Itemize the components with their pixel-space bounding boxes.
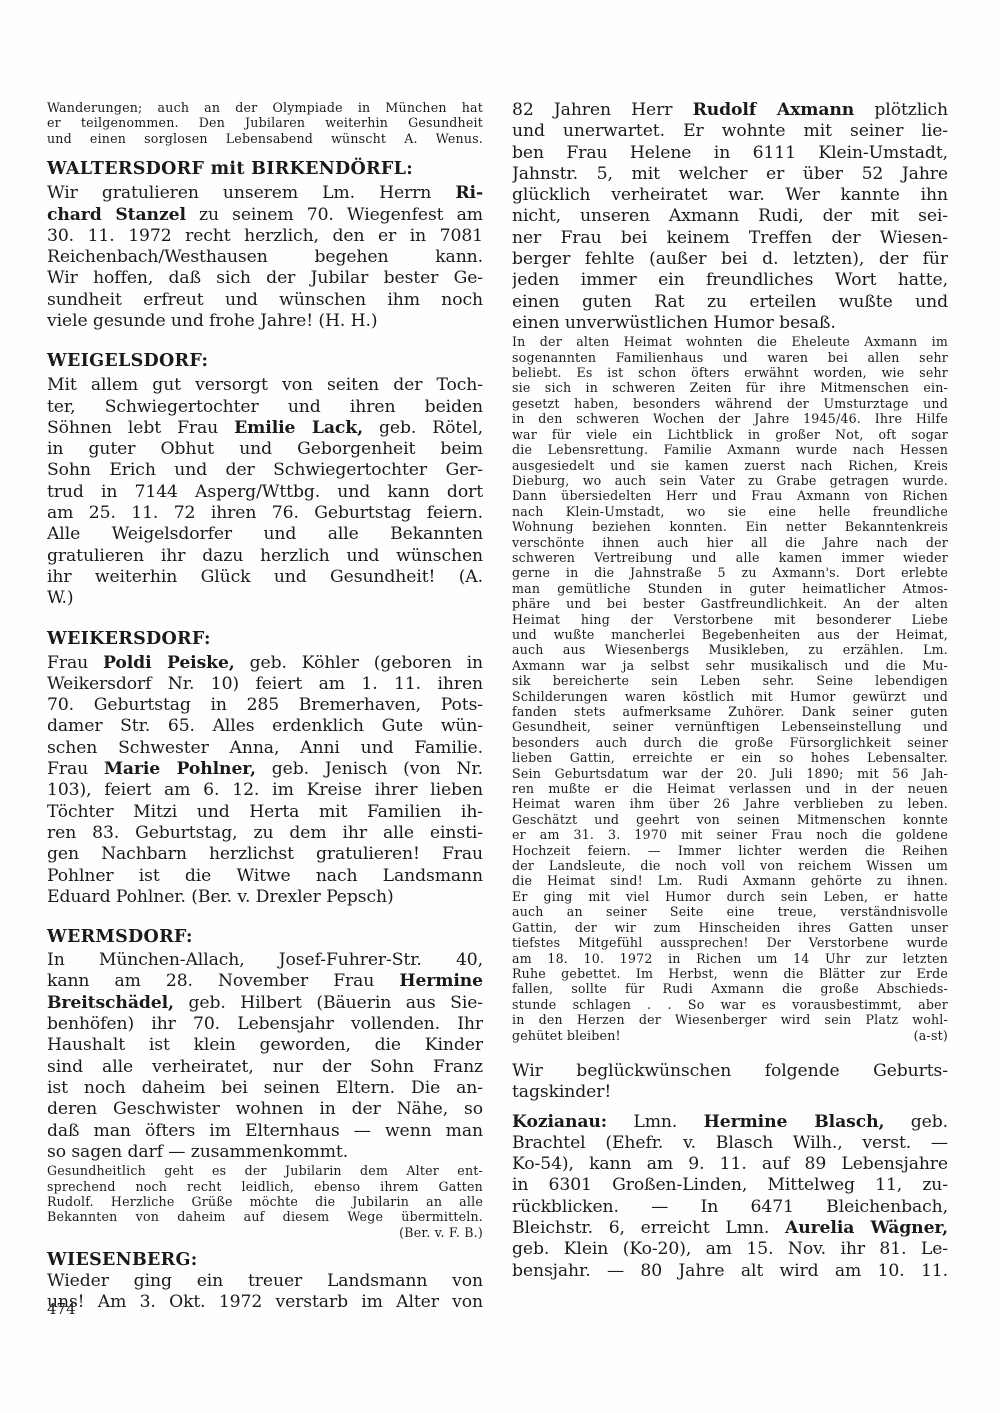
text-line: nach Klein-Umstadt, wo sie eine helle fr… [512, 504, 948, 519]
section-weigelsdorf: WEIGELSDORF: Mit allem gut versorgt von … [47, 350, 483, 609]
text-line: kann am 28. November Frau Hermine [47, 971, 483, 992]
text-line: lieben Gattin, erreichte er ein so hohes… [512, 750, 948, 765]
text-line: sind alle verheiratet, nur der Sohn Fran… [47, 1057, 483, 1078]
text-line: ter, Schwiegertochter und ihren beiden [47, 397, 483, 418]
text-line: einen guten Rat zu erteilen wußte und [512, 292, 948, 313]
text-line: und einen sorglosen Lebensabend wünscht … [47, 131, 483, 146]
text-line: Axmann war ja selbst sehr musikalisch un… [512, 658, 948, 673]
text-line: besonders auch durch die große Fürsorgli… [512, 735, 948, 750]
text-line: Geschätzt und geehrt von seinen Mitmensc… [512, 812, 948, 827]
text-line: ren 83. Geburtstag, zu dem ihr alle eins… [47, 823, 483, 844]
text-line: Mit allem gut versorgt von seiten der To… [47, 375, 483, 396]
text-line: Jahnstr. 5, mit welcher er über 52 Jahre [512, 164, 948, 185]
text-line: Pohlner ist die Witwe nach Landsmann [47, 866, 483, 887]
text-line: auch an seiner Seite eine treue, verstän… [512, 904, 948, 919]
text-line: am 25. 11. 72 ihren 76. Geburtstag feier… [47, 503, 483, 524]
section-wiesenberg: WIESENBERG: Wieder ging ein treuer Lands… [47, 1249, 483, 1314]
text-line: Haushalt ist klein geworden, die Kinder [47, 1035, 483, 1056]
text-line: Bleichstr. 6, erreicht Lmn. Aurelia Wägn… [512, 1218, 948, 1239]
text-line: fallen, sollte für Rudi Axmann die große… [512, 981, 948, 996]
text-line: 70. Geburtstag in 285 Bremerhaven, Pots- [47, 695, 483, 716]
text-line: Bekannten von daheim auf diesem Wege übe… [47, 1209, 483, 1224]
text-line: glücklich verheiratet war. Wer kannte ih… [512, 185, 948, 206]
text-line: nicht, unseren Axmann Rudi, der mit sei- [512, 206, 948, 227]
section-waltersdorf: WALTERSDORF mit BIRKENDÖRFL: Wir gratuli… [47, 158, 483, 332]
text-line: schweren Vertreibung und alle kamen imme… [512, 550, 948, 565]
text-line: Brachtel (Ehefr. v. Blasch Wilh., verst.… [512, 1133, 948, 1154]
report-signature: (Ber. v. F. B.) [47, 1225, 483, 1240]
text-line: einen unverwüstlichen Humor besaß. [512, 313, 948, 334]
text-line: sie sich in schweren Zeiten für ihre Mit… [512, 380, 948, 395]
text-line: Wohnung beziehen konnten. Ein netter Bek… [512, 519, 948, 534]
text-line: sundheit erfreut und wünschen ihm noch [47, 290, 483, 311]
text-line: Schilderungen waren köstlich mit Humor g… [512, 689, 948, 704]
text-line: stunde schlagen . . So war es vorausbest… [512, 997, 948, 1012]
text-line: viele gesunde und frohe Jahre! (H. H.) [47, 311, 483, 332]
text-line: phäre und bei bester Gastfreundlichkeit.… [512, 596, 948, 611]
text-line: Weikersdorf Nr. 10) feiert am 1. 11. ihr… [47, 674, 483, 695]
person-name: Breitschädel, [47, 993, 174, 1013]
section-kozianau: Kozianau: Lmn. Hermine Blasch, geb. Brac… [512, 1112, 948, 1282]
text-line: ren mußte er die Heimat verlassen und in… [512, 781, 948, 796]
text-line: Dieburg, wo auch sein Vater zu Grabe get… [512, 473, 948, 488]
text-line: W.) [47, 588, 483, 609]
text-line: 103), feiert am 6. 12. im Kreise ihrer l… [47, 780, 483, 801]
section-weikersdorf: WEIKERSDORF: Frau Poldi Peiske, geb. Köh… [47, 628, 483, 909]
text-line: jeden immer ein freundliches Wort hatte, [512, 270, 948, 291]
text-line: ist noch daheim bei seinen Eltern. Die a… [47, 1078, 483, 1099]
text-line: daß man öfters im Elternhaus — wenn man [47, 1121, 483, 1142]
person-name: Hermine Blasch, [704, 1112, 885, 1132]
text-line: gesetzt haben, besonders während der Ums… [512, 396, 948, 411]
text-line: Sohn Erich und der Schwiegertochter Ger- [47, 460, 483, 481]
text-line: ben Frau Helene in 6111 Klein-Umstadt, [512, 143, 948, 164]
text-line: gehütet bleiben! (a-st) [512, 1028, 948, 1043]
text-line: Kozianau: Lmn. Hermine Blasch, geb. [512, 1112, 948, 1133]
text-line: Eduard Pohlner. (Ber. v. Drexler Pepsch) [47, 887, 483, 908]
birthday-congrats-intro: Wir beglückwünschen folgende Geburts- ta… [512, 1061, 948, 1104]
author-signature: (a-st) [914, 1028, 948, 1043]
text-line: Hochzeit feiern. — Immer lichter werden … [512, 843, 948, 858]
section-heading: WEIGELSDORF: [47, 350, 483, 372]
text-line: Gesundheit, seiner vernünftigen Lebensei… [512, 719, 948, 734]
section-heading: WALTERSDORF mit BIRKENDÖRFL: [47, 158, 483, 180]
text-line: Dann übersiedelten Herr und Frau Axmann … [512, 488, 948, 503]
text-line: in guter Obhut und Geborgenheit beim [47, 439, 483, 460]
person-name: chard Stanzel [47, 205, 186, 225]
text-line: Alle Weigelsdorfer und alle Bekannten [47, 524, 483, 545]
text-line: Ruhe gebettet. Im Herbst, wenn die Blätt… [512, 966, 948, 981]
text-line: Gattin, der wir zum Hinscheiden ihres Ga… [512, 920, 948, 935]
left-column: Wanderungen; auch an der Olympiade in Mü… [47, 100, 483, 1314]
obituary-small-print: In der alten Heimat wohnten die Eheleute… [512, 334, 948, 1043]
person-name: Hermine [399, 971, 483, 991]
text-line: Reichenbach/Westhausen begehen kann. [47, 247, 483, 268]
text-line: ausgesiedelt und sie kamen zuerst nach R… [512, 458, 948, 473]
text-line: ner Frau bei keinem Treffen der Wiesen- [512, 228, 948, 249]
text-line: sprechend noch recht leidlich, ebenso ih… [47, 1179, 483, 1194]
text-line: Frau Poldi Peiske, geb. Köhler (geboren … [47, 653, 483, 674]
text-line: Heimat hing der Verstorbene mit besonder… [512, 612, 948, 627]
text-line: Wir hoffen, daß sich der Jubilar bester … [47, 268, 483, 289]
text-line: war für viele ein Lichtblick in großer N… [512, 427, 948, 442]
text-line: tiefstes Mitgefühl aussprechen! Der Vers… [512, 935, 948, 950]
text-line: Frau Marie Pohlner, geb. Jenisch (von Nr… [47, 759, 483, 780]
text-line: Breitschädel, geb. Hilbert (Bäuerin aus … [47, 993, 483, 1014]
text-line: er teilgenommen. Den Jubilaren weiterhin… [47, 115, 483, 130]
text-line: verschönte ihnen auch hier all die Jahre… [512, 535, 948, 550]
text-line: schen Schwester Anna, Anni und Familie. [47, 738, 483, 759]
section-heading: WEIKERSDORF: [47, 628, 483, 650]
text-line: und unerwartet. Er wohnte mit seiner lie… [512, 121, 948, 142]
text-line: Heimat waren ihm über 26 Jahre verbliebe… [512, 796, 948, 811]
text-line: chard Stanzel zu seinem 70. Wiegenfest a… [47, 205, 483, 226]
text-line: Rudolf. Herzliche Grüße möchte die Jubil… [47, 1194, 483, 1209]
text-line: Sein Geburtsdatum war der 20. Juli 1890;… [512, 766, 948, 781]
right-column: 82 Jahren Herr Rudolf Axmann plötzlich u… [512, 100, 948, 1282]
text-line: damer Str. 65. Alles erdenklich Gute wün… [47, 716, 483, 737]
text-line: Wir gratulieren unserem Lm. Herrn Ri- [47, 183, 483, 204]
obituary-continuation: 82 Jahren Herr Rudolf Axmann plötzlich u… [512, 100, 948, 334]
person-name: Marie Pohlner, [104, 759, 256, 779]
text-line: sogenannten Familienhaus und waren bei a… [512, 350, 948, 365]
text-line: in den Herzen der Wiesenberger wird sein… [512, 1012, 948, 1027]
person-name: Emilie Lack, [234, 418, 363, 438]
text-line: er am 31. 3. 1970 mit seiner Frau noch d… [512, 827, 948, 842]
text-line: Wieder ging ein treuer Landsmann von [47, 1271, 483, 1292]
text-line: Gesundheitlich geht es der Jubilarin dem… [47, 1163, 483, 1178]
magazine-page: Wanderungen; auch an der Olympiade in Mü… [0, 0, 1000, 1413]
text-line: Er ging mit viel Humor durch sein Leben,… [512, 889, 948, 904]
text-line: man gemütliche Stunden in guter heimatli… [512, 581, 948, 596]
text-line: Söhnen lebt Frau Emilie Lack, geb. Rötel… [47, 418, 483, 439]
text-line: rückblicken. — In 6471 Bleichenbach, [512, 1197, 948, 1218]
text-line: Töchter Mitzi und Herta mit Familien ih- [47, 802, 483, 823]
text-line: in 6301 Großen-Linden, Mittelweg 11, zu- [512, 1175, 948, 1196]
text-line: die Lebensrettung. Familie Axmann wurde … [512, 442, 948, 457]
intro-paragraph: Wanderungen; auch an der Olympiade in Mü… [47, 100, 483, 146]
person-name: Poldi Peiske, [103, 653, 235, 673]
text-line: der Landsleute, die noch voll von reiche… [512, 858, 948, 873]
text-line: 30. 11. 1972 recht herzlich, den er in 7… [47, 226, 483, 247]
text-line: Wanderungen; auch an der Olympiade in Mü… [47, 100, 483, 115]
text-line: gratulieren ihr dazu herzlich und wünsch… [47, 546, 483, 567]
page-number: 474 [47, 1300, 76, 1318]
person-name: Rudolf Axmann [693, 100, 855, 120]
section-wermsdorf: WERMSDORF: In München-Allach, Josef-Fuhr… [47, 926, 483, 1240]
text-line: In der alten Heimat wohnten die Eheleute… [512, 334, 948, 349]
text-line: 82 Jahren Herr Rudolf Axmann plötzlich [512, 100, 948, 121]
text-line: am 18. 10. 1972 in Richen um 14 Uhr zur … [512, 951, 948, 966]
text-line: uns! Am 3. Okt. 1972 verstarb im Alter v… [47, 1292, 483, 1313]
text-line: in den schweren Wochen der Jahre 1945/46… [512, 411, 948, 426]
person-name: Aurelia Wägner, [785, 1218, 948, 1238]
text-line: benhöfen) ihr 70. Lebensjahr vollenden. … [47, 1014, 483, 1035]
text-line: In München-Allach, Josef-Fuhrer-Str. 40, [47, 950, 483, 971]
text-line: trud in 7144 Asperg/Wttbg. und kann dort [47, 482, 483, 503]
section-heading: WIESENBERG: [47, 1249, 483, 1271]
person-name: Ri- [455, 183, 483, 203]
text-line: fanden stets aufmerksame Zuhörer. Dank s… [512, 704, 948, 719]
text-line: gerne in die Jahnstraße 5 zu Axmann's. D… [512, 565, 948, 580]
text-line: Ko-54), kann am 9. 11. auf 89 Lebensjahr… [512, 1154, 948, 1175]
text-line: tagskinder! [512, 1082, 948, 1103]
text-line: deren Geschwister wohnen in der Nähe, so [47, 1099, 483, 1120]
text-line: sik bereicherte sein Leben sehr. Seine l… [512, 673, 948, 688]
text-line: gen Nachbarn herzlichst gratulieren! Fra… [47, 844, 483, 865]
text-line: Wir beglückwünschen folgende Geburts- [512, 1061, 948, 1082]
text-line: bensjahr. — 80 Jahre alt wird am 10. 11. [512, 1261, 948, 1282]
text-line: beliebt. Es ist schon öfters erwähnt wor… [512, 365, 948, 380]
text-line: die Heimat sind! Lm. Rudi Axmann gehörte… [512, 873, 948, 888]
text-line: und wußte mancherlei Begebenheiten aus d… [512, 627, 948, 642]
text-line: berger fehlte (außer bei d. letzten), de… [512, 249, 948, 270]
section-heading: WERMSDORF: [47, 926, 483, 948]
text-line: so sagen darf — zusammenkommt. [47, 1142, 483, 1163]
text-line: auch aus Wiesenbergs Musikleben, zu erzä… [512, 642, 948, 657]
text-line: geb. Klein (Ko-20), am 15. Nov. ihr 81. … [512, 1239, 948, 1260]
place-name: Kozianau: [512, 1112, 607, 1132]
text-line: ihr weiterhin Glück und Gesundheit! (A. [47, 567, 483, 588]
